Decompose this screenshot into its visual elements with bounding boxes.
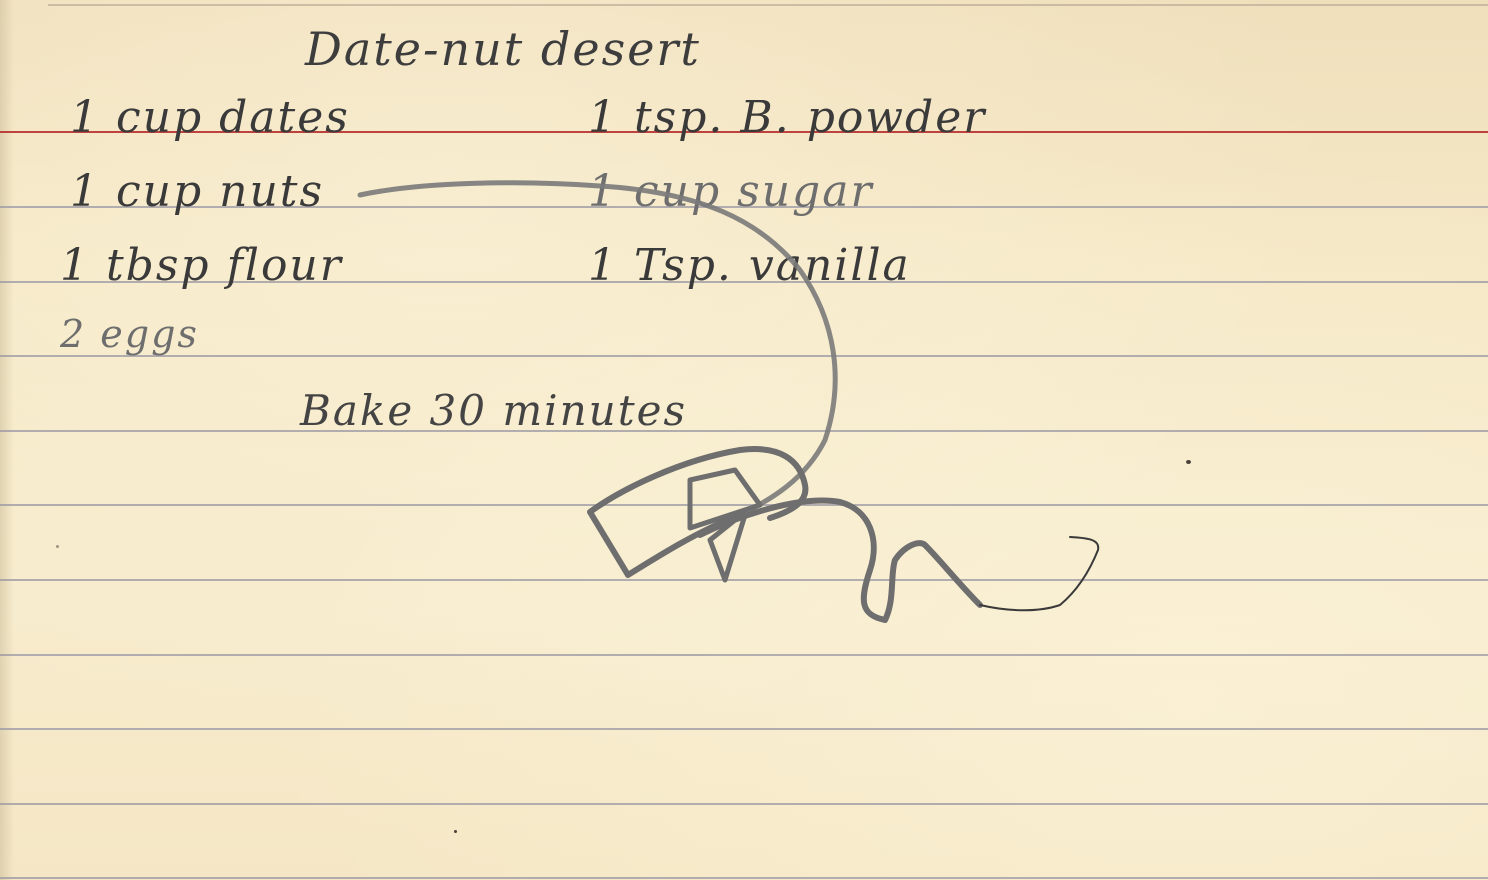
paper-speck — [56, 545, 59, 548]
ingredient-qty: 1 — [588, 240, 618, 291]
ingredient-right-2: 1 cup sugar — [588, 166, 873, 217]
ingredient-right-1: 1 tsp. B. powder — [588, 92, 986, 143]
rule-line — [0, 877, 1488, 879]
rule-line — [0, 803, 1488, 805]
ingredient-text: cup nuts — [116, 166, 324, 217]
recipe-title: Date-nut desert — [305, 22, 701, 76]
ingredient-left-4: 2 eggs — [60, 312, 199, 356]
ingredient-qty: 1 — [70, 166, 100, 217]
rule-line — [0, 728, 1488, 730]
rule-line — [0, 430, 1488, 432]
rule-line — [0, 504, 1488, 506]
bake-instructions: Bake 30 minutes — [300, 386, 687, 435]
ingredient-qty: 1 — [60, 240, 90, 291]
ingredient-left-3: 1 tbsp flour — [60, 240, 343, 291]
rule-line — [0, 355, 1488, 357]
rule-line — [0, 654, 1488, 656]
recipe-card: Date-nut desert 1 cup dates 1 cup nuts 1… — [0, 0, 1488, 880]
card-top-edge — [48, 4, 1488, 6]
paper-speck — [454, 830, 457, 833]
ingredient-right-3: 1 Tsp. vanilla — [588, 240, 911, 291]
ingredient-text: cup dates — [116, 92, 350, 143]
ingredient-text: Tsp. vanilla — [634, 240, 911, 291]
ingredient-text: tbsp flour — [106, 240, 343, 291]
paper-speck — [1186, 460, 1191, 464]
ingredient-qty: 1 — [70, 92, 100, 143]
ingredient-qty: 1 — [588, 92, 618, 143]
ingredient-text: tsp. B. powder — [634, 92, 986, 143]
ingredient-text: eggs — [100, 312, 199, 356]
ingredient-left-2: 1 cup nuts — [70, 166, 324, 217]
ingredient-qty: 2 — [60, 312, 86, 356]
ingredient-qty: 1 — [588, 166, 618, 217]
ingredient-left-1: 1 cup dates — [70, 92, 350, 143]
rule-line — [0, 579, 1488, 581]
ingredient-text: cup sugar — [634, 166, 873, 217]
